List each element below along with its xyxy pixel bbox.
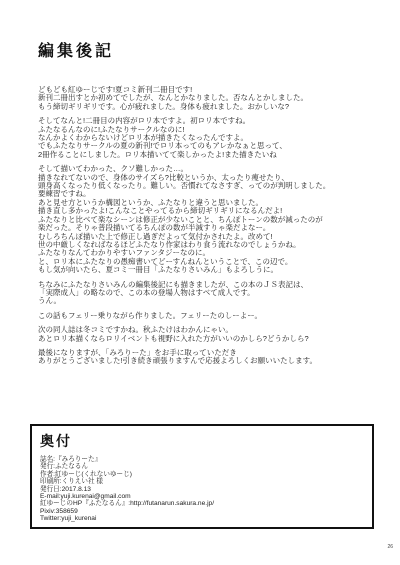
text-line: 誌名:『みろりーた』 xyxy=(40,456,372,463)
text-line: あとロリ本描くならロリイベントも視野に入れた方がいいのかしら?どうかしら? xyxy=(38,335,376,343)
text-line: 発行日:2017.8.13 xyxy=(40,486,372,493)
text-line: 発行:ふたなるん xyxy=(40,463,372,470)
text-line: この話もフェリー乗りながら作りました。フェリーたのしーよー。 xyxy=(38,312,376,320)
colophon-heading: 奥付 xyxy=(40,431,372,451)
text-line: うん。 xyxy=(38,297,376,305)
text-line: もう締切ギリギリです。心が疲れました。身体も疲れました。おかしいな? xyxy=(38,103,376,111)
text-line: 「実際成人」の略なので、この本の登場人物はすべて成人です。 xyxy=(38,289,376,297)
afterword-paragraph: 最後になりますが、「みろりーた」をお手に取っていただきありがとうございました!引… xyxy=(38,349,376,366)
text-line: 2冊作ることにしました。ロリ本描いてて楽しかったよ!また描きたいね xyxy=(38,151,376,159)
afterword-paragraph: 次の同人誌は冬コミですかね。秋ふたけはわかんにゃい。あとロリ本描くならロリイベン… xyxy=(38,326,376,343)
afterword-paragraph: ちなみにふたなりさいみんの編集後記にも描きましたが、この本のＪＳ表記は、「実際成… xyxy=(38,281,376,306)
page-number: 26 xyxy=(387,544,393,550)
afterword-paragraph: そして描いてわかった、クソ難しかった…。描きなれてないので、身体のサイズら?比較… xyxy=(38,165,376,274)
colophon-lines: 誌名:『みろりーた』発行:ふたなるん作者:紅ゆーじ(くれないゆーじ)印刷所:くり… xyxy=(40,456,372,523)
text-line: 印刷所:くりえい社 様 xyxy=(40,478,372,485)
afterword-paragraph: どもども紅ゆーじです!夏コミ新刊二冊目です!新刊二冊出すとか初めてでしたが、なん… xyxy=(38,86,376,111)
text-line: ありがとうございました!引き続き頑張りますんで応援よろしくお願いいたします。 xyxy=(38,357,376,365)
afterword-paragraph: この話もフェリー乗りながら作りました。フェリーたのしーよー。 xyxy=(38,312,376,320)
afterword-paragraph: そしてなんと!二冊目の内容がロリ本ですよ。初ロリ本ですね。ふたなるんなのに!ふた… xyxy=(38,117,376,159)
text-line: Pixiv:358659 xyxy=(40,508,372,515)
text-line: Twitter:yuji_kurenai xyxy=(40,515,372,522)
text-line: もし気が向いたら、夏コミ一冊目「ふたなりさいみん」もよろしうに。 xyxy=(38,266,376,274)
afterword-body: どもども紅ゆーじです!夏コミ新刊二冊目です!新刊二冊出すとか初めてでしたが、なん… xyxy=(38,86,376,372)
afterword-page: 編集後記 どもども紅ゆーじです!夏コミ新刊二冊目です!新刊二冊出すとか初めてでし… xyxy=(0,0,400,565)
afterword-heading: 編集後記 xyxy=(38,38,114,61)
text-line: 紅ゆーじのHP『ふたなるん』:http://futanarun.sakura.n… xyxy=(40,500,372,507)
colophon-box: 奥付 誌名:『みろりーた』発行:ふたなるん作者:紅ゆーじ(くれないゆーじ)印刷所… xyxy=(30,424,374,529)
